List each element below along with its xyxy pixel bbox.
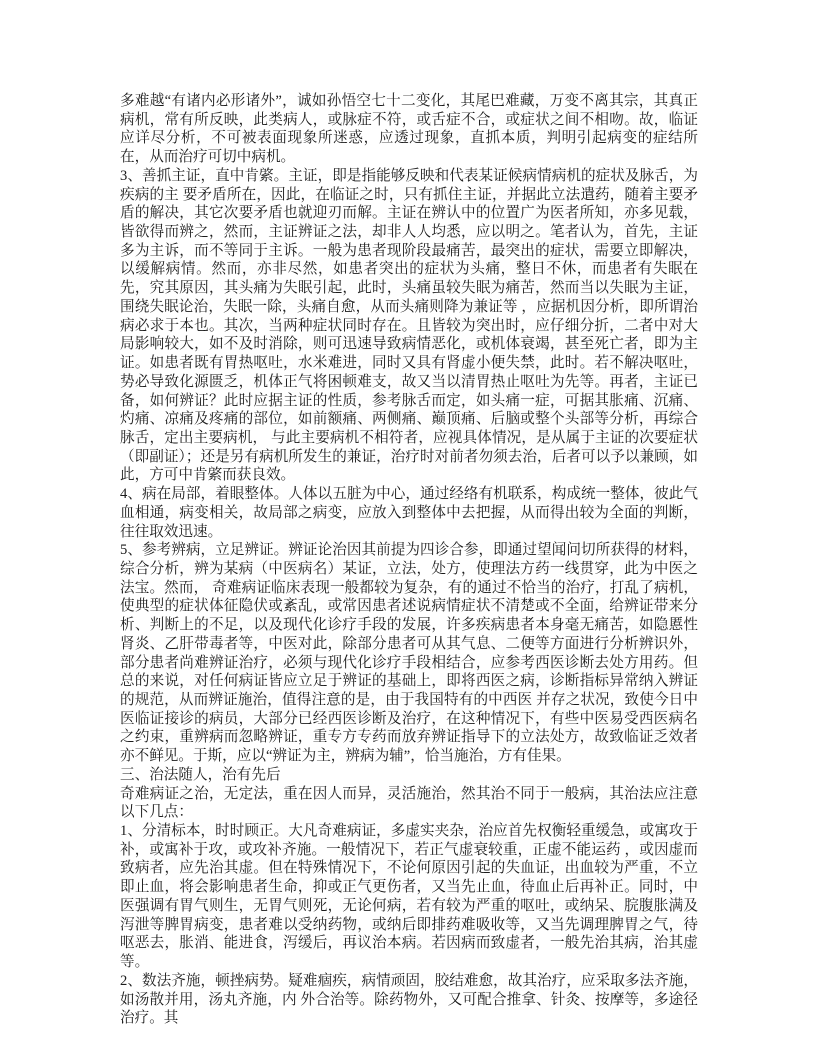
- paragraph-point-2-multiple-methods: 2、数法齐施，顿挫病势。疑难痼疾，病情顽固，胶结难愈，故其治疗，应采取多法齐施，…: [120, 972, 698, 1028]
- paragraph-point-4-local-vs-whole: 4、病在局部，着眼整体。人体以五脏为中心，通过经络有机联系，构成统一整体，彼此气…: [120, 485, 698, 541]
- paragraph-continuation: 多难越“有诸内必形诸外”，诚如孙悟空七十二变化，其尾巴难藏，万变不离其宗，其真正…: [120, 92, 698, 167]
- paragraph-point-5-disease-vs-pattern: 5、参考辨病，立足辨证。辨证论治因其前提为四诊合参，即通过望闻问切所获得的材料，…: [120, 541, 698, 766]
- document-text-block: 多难越“有诸内必形诸外”，诚如孙悟空七十二变化，其尾巴难藏，万变不离其宗，其真正…: [120, 92, 698, 1028]
- section-heading-three: 三、治法随人，治有先后: [120, 766, 698, 785]
- paragraph-point-3-main-symptom: 3、善抓主证，直中肯綮。主证，即是指能够反映和代表某证候病情病机的症状及脉舌，为…: [120, 167, 698, 485]
- document-page: 多难越“有诸内必形诸外”，诚如孙悟空七十二变化，其尾巴难藏，万变不离其宗，其真正…: [0, 0, 816, 1056]
- paragraph-point-1-root-vs-branch: 1、分清标本，时时顾正。大凡奇难病证，多虚实夹杂，治应首先权衡轻重缓急，或寓攻于…: [120, 822, 698, 972]
- paragraph-section-three-intro: 奇难病证之治，无定法，重在因人而异，灵活施治，然其治不同于一般病，其治法应注意以…: [120, 785, 698, 822]
